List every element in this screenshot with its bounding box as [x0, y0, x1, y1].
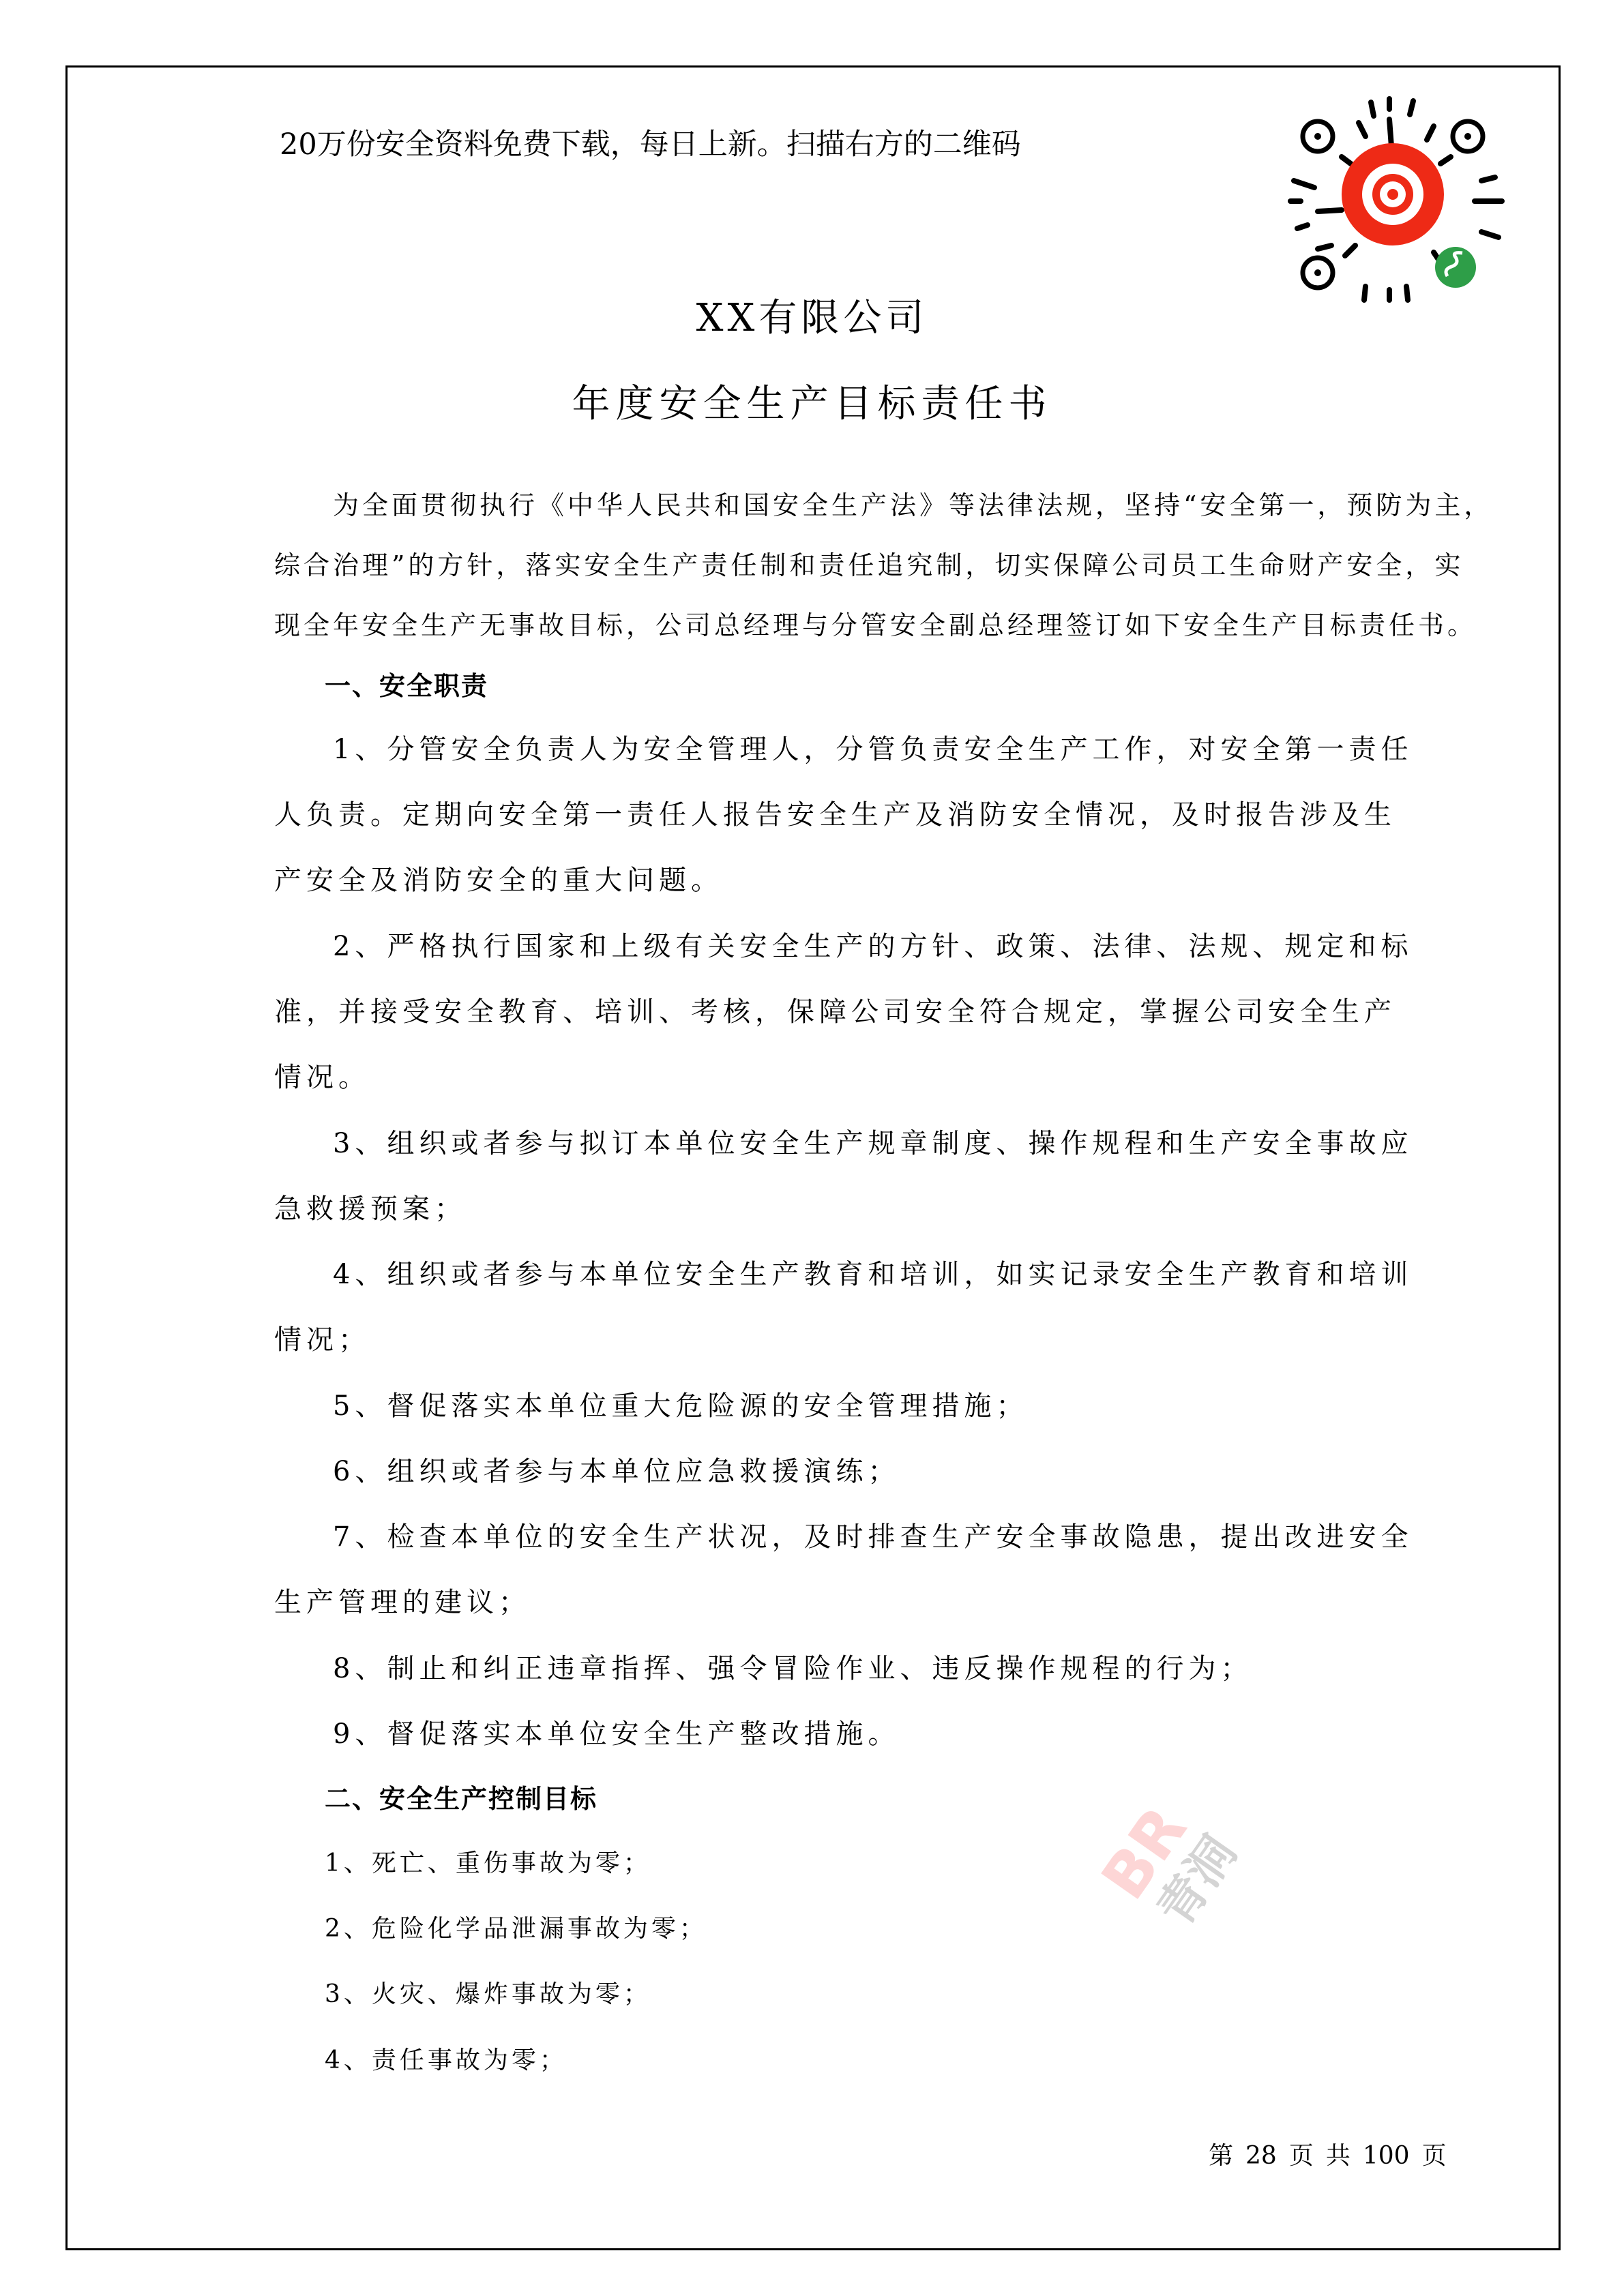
- duty-item-line: 生产管理的建议；: [274, 1581, 531, 1620]
- duty-item-line: 情况；: [274, 1318, 370, 1357]
- duty-item-line: 9、督促落实本单位安全生产整改措施。: [333, 1712, 900, 1751]
- intro-line: 现全年安全生产无事故目标，公司总经理与分管安全副总经理签订如下安全生产目标责任书…: [274, 604, 1477, 642]
- promo-text: 20万份安全资料免费下载，每日上新。扫描右方的二维码: [280, 121, 1021, 163]
- target-item: 1、死亡、重伤事故为零；: [325, 1844, 651, 1879]
- duty-item-line: 准，并接受安全教育、培训、考核，保障公司安全符合规定，掌握公司安全生产: [274, 990, 1396, 1029]
- duty-item-line: 产安全及消防安全的重大问题。: [274, 859, 723, 897]
- watermark-logo-icon: BR 青洞: [1044, 1746, 1289, 1923]
- duty-item-line: 4、组织或者参与本单位安全生产教育和培训，如实记录安全生产教育和培训: [333, 1253, 1413, 1292]
- document-title: 年度安全生产目标责任书: [0, 374, 1624, 428]
- section-heading: 二、安全生产控制目标: [325, 1778, 597, 1815]
- target-item: 3、火灾、爆炸事故为零；: [325, 1975, 651, 2010]
- duty-item-line: 人负责。定期向安全第一责任人报告安全生产及消防安全情况，及时报告涉及生: [274, 793, 1396, 832]
- section-heading: 一、安全职责: [325, 665, 488, 702]
- duty-item-line: 情况。: [274, 1056, 370, 1094]
- intro-line: 为全面贯彻执行《中华人民共和国安全生产法》等法律法规，坚持“安全第一，预防为主，: [333, 484, 1493, 522]
- company-title: XX有限公司: [0, 288, 1624, 342]
- mini-program-qr-code-icon: [1277, 82, 1509, 314]
- duty-item-line: 急救援预案；: [274, 1187, 467, 1226]
- intro-line: 综合治理”的方针，落实安全生产责任制和责任追究制，切实保障公司员工生命财产安全，…: [274, 544, 1464, 582]
- target-item: 2、危险化学品泄漏事故为零；: [325, 1909, 707, 1944]
- page-number: 第28页共100页: [1209, 2136, 1459, 2171]
- duty-item-line: 7、检查本单位的安全生产状况，及时排查生产安全事故隐患，提出改进安全: [333, 1515, 1413, 1554]
- duty-item-line: 8、制止和纠正违章指挥、强令冒险作业、违反操作规程的行为；: [333, 1647, 1252, 1686]
- duty-item-line: 5、督促落实本单位重大危险源的安全管理措施；: [333, 1384, 1028, 1423]
- duty-item-line: 3、组织或者参与拟订本单位安全生产规章制度、操作规程和生产安全事故应: [333, 1122, 1413, 1161]
- duty-item-line: 2、严格执行国家和上级有关安全生产的方针、政策、法律、法规、规定和标: [333, 925, 1413, 964]
- target-item: 4、责任事故为零；: [325, 2041, 567, 2076]
- duty-item-line: 1、分管安全负责人为安全管理人，分管负责安全生产工作，对安全第一责任: [333, 728, 1413, 766]
- duty-item-line: 6、组织或者参与本单位应急救援演练；: [333, 1450, 900, 1489]
